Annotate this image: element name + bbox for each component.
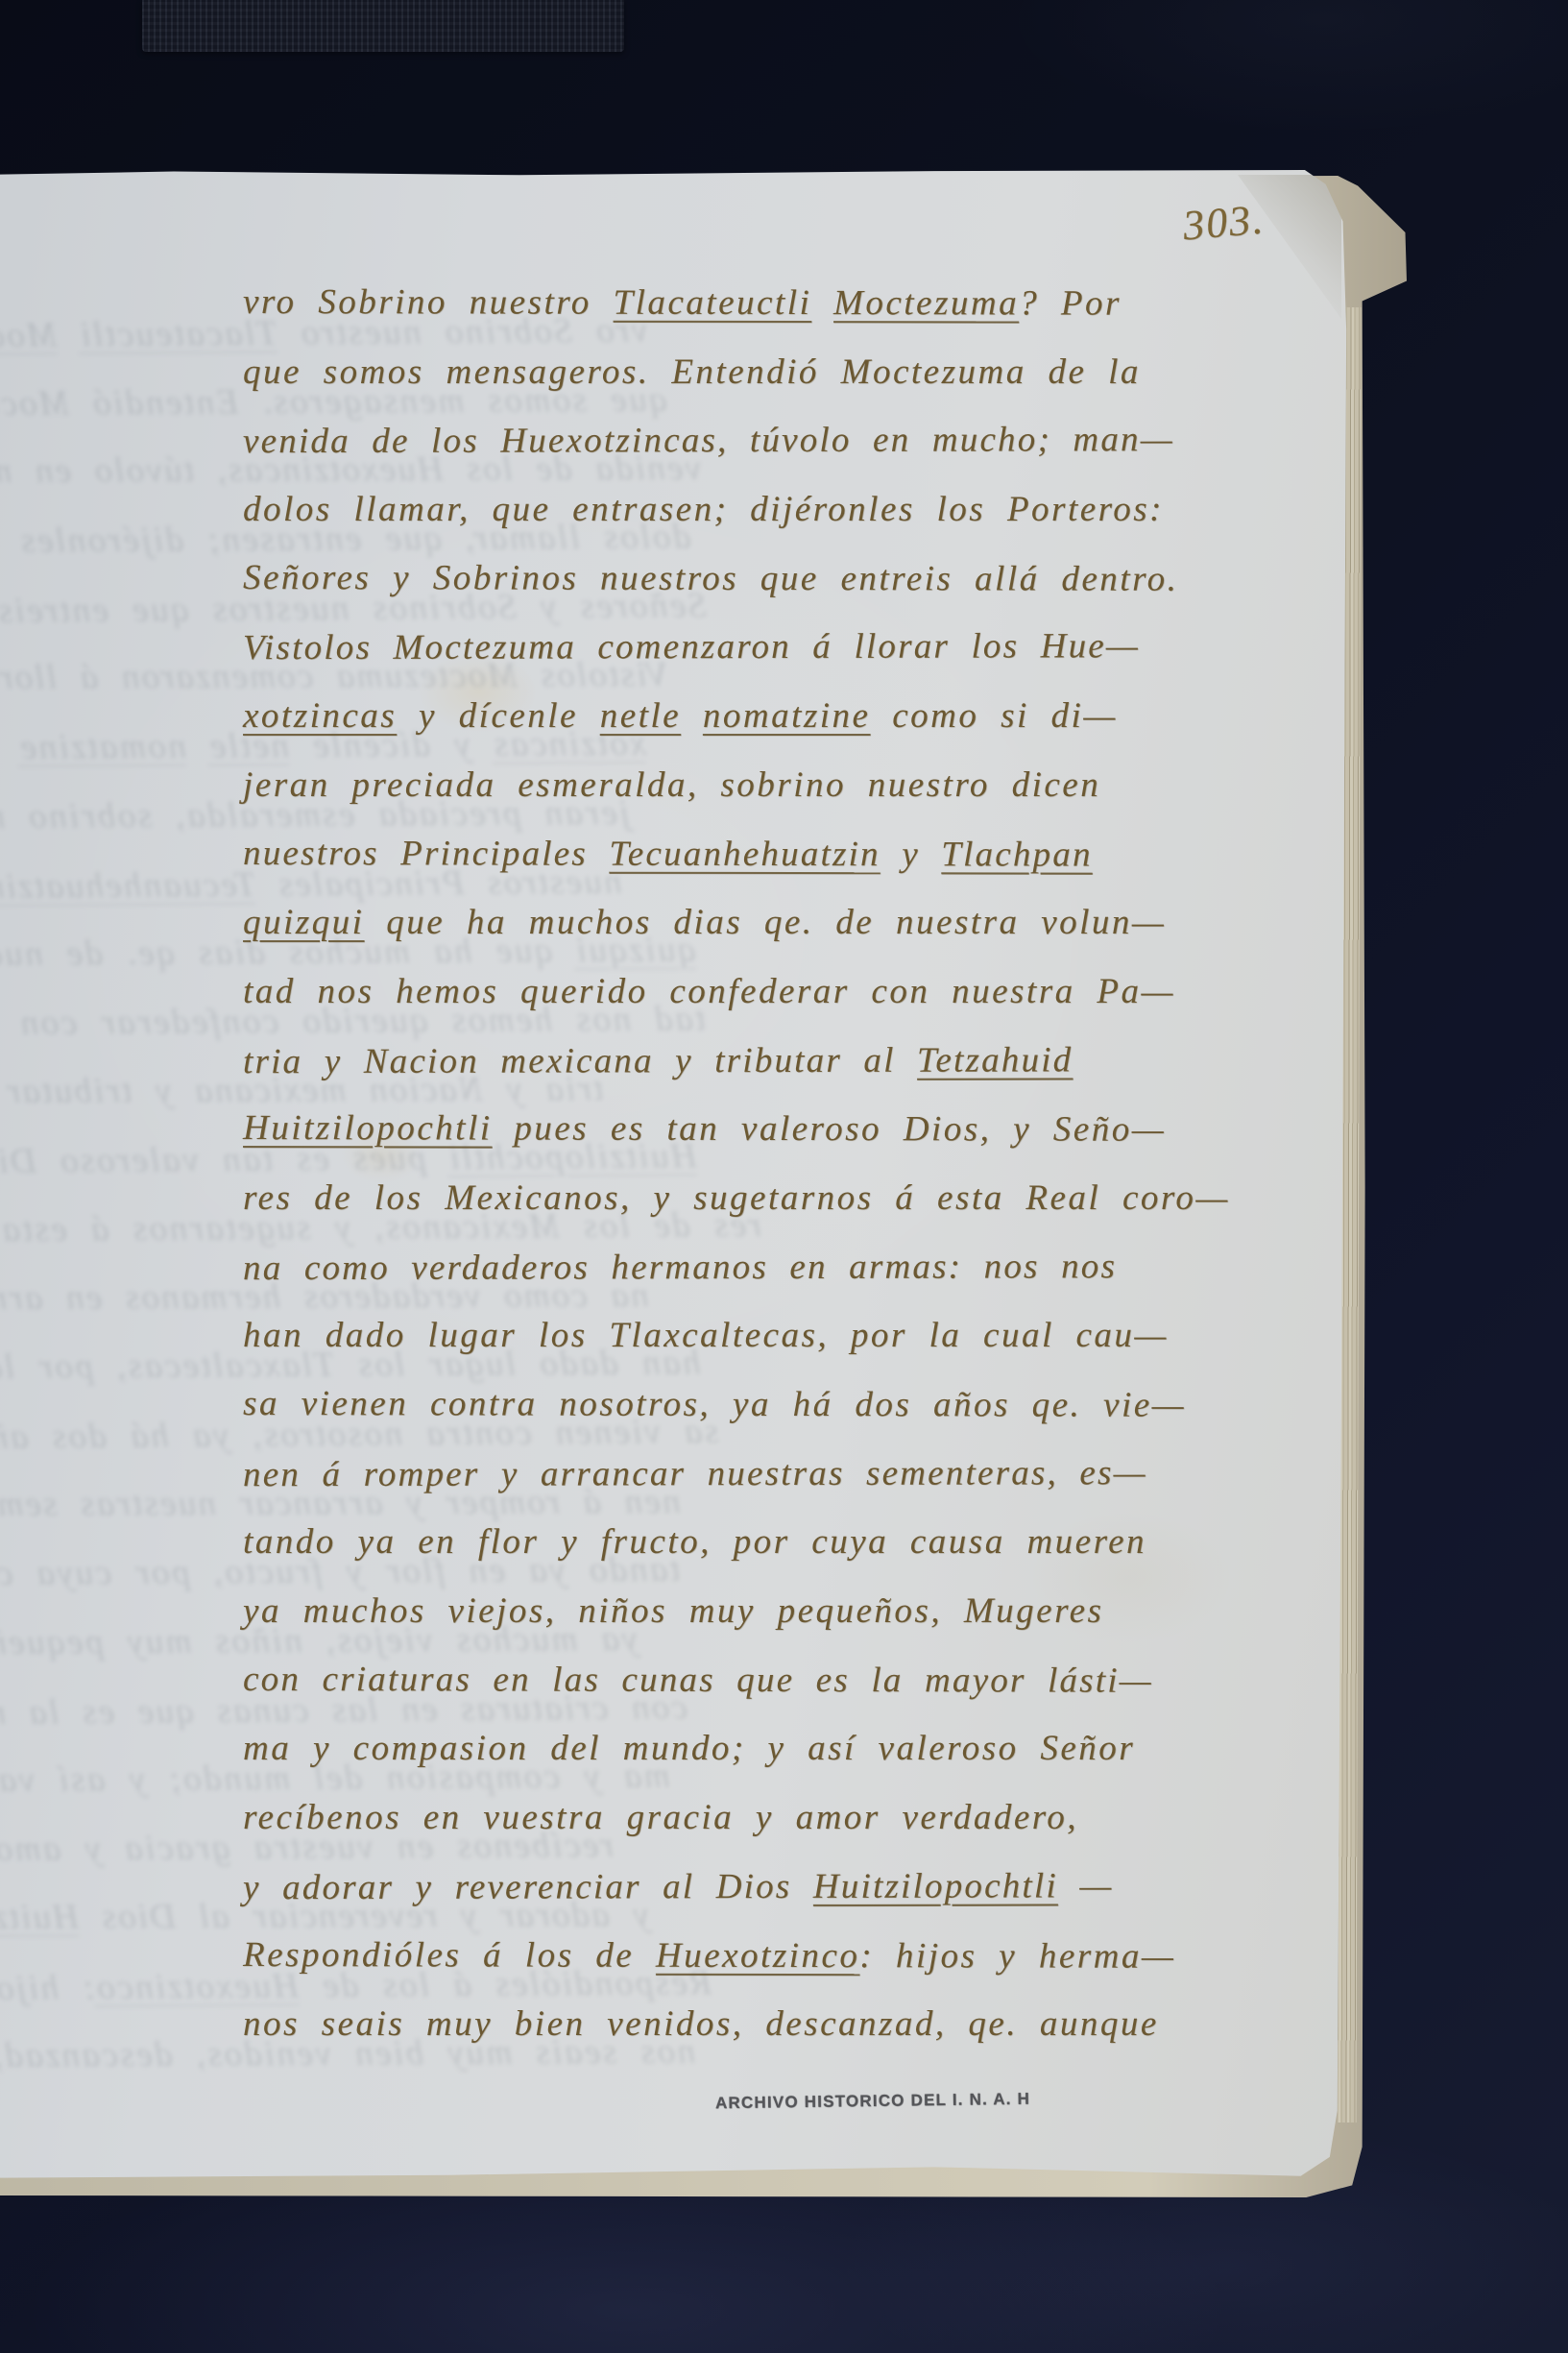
underlined-word: Huitzilopochtli — [0, 1897, 79, 1937]
manuscript-segment: Señores y Sobrinos nuestros que entreis … — [243, 558, 1178, 599]
manuscript-segment: Vistolos Moctezuma comenzaron á llorar l… — [243, 627, 1140, 668]
manuscript-segment: nuestros Principales — [243, 834, 609, 874]
manuscript-segment: vro Sobrino nuestro — [243, 282, 614, 323]
manuscript-segment: pues es tan valeroso Dios, y Seño— — [492, 1109, 1166, 1150]
page-number: 303. — [1181, 194, 1266, 250]
manuscript-line: sa vienen contra nosotros, ya há dos año… — [243, 1383, 1320, 1454]
manuscript-line: Huitzilopochtli pues es tan valeroso Dio… — [243, 1107, 1320, 1178]
manuscript-segment: — — [1058, 1866, 1114, 1905]
underlined-word: xotzincas — [243, 696, 397, 736]
underlined-word: Tecuanhehuatzin — [609, 834, 880, 873]
manuscript-line: venida de los Huexotzincas, túvolo en mu… — [243, 419, 1320, 490]
manuscript-segment: sa vienen contra nosotros, ya há dos año… — [243, 1384, 1186, 1425]
manuscript-segment: ? Por — [1019, 283, 1122, 323]
manuscript-line: con criaturas en las cunas que es la may… — [243, 1659, 1320, 1730]
manuscript-line: y adorar y reverenciar al Dios Huitzilop… — [243, 1865, 1320, 1936]
manuscript-segment: venida de los Huexotzincas, túvolo en mu… — [243, 421, 1174, 462]
underlined-word: Tecuanhehuatzin — [0, 864, 255, 906]
manuscript-segment — [681, 696, 703, 736]
underlined-word: quizqui — [243, 903, 364, 942]
manuscript-page: 303. vro Sobrino nuestro Tlacateuctli Mo… — [0, 169, 1349, 2181]
manuscript-segment: nos seais muy bien venidos, descanzad, q… — [243, 2004, 1159, 2044]
archive-stamp: ARCHIVO HISTORICO DEL I. N. A. H — [715, 2090, 1030, 2114]
underlined-word: Tlachpan — [941, 835, 1092, 874]
underlined-word: Huitzilopochtli — [243, 1108, 493, 1148]
manuscript-segment: y — [880, 835, 942, 874]
manuscript-line: dolos llamar, que entrasen; dijéronles l… — [243, 489, 1320, 558]
manuscript-line: quizqui que ha muchos dias qe. de nuestr… — [243, 902, 1320, 971]
manuscript-line: na como verdaderos hermanos en armas: no… — [243, 1245, 1320, 1316]
manuscript-segment: na como verdaderos hermanos en armas: no… — [243, 1247, 1117, 1288]
manuscript-segment: con criaturas en las cunas que es la may… — [243, 1660, 1153, 1701]
manuscript-segment: y dícenle — [397, 696, 600, 736]
manuscript-segment: y adorar y reverenciar al Dios — [243, 1867, 813, 1907]
underlined-word: Tlacateuctli — [614, 283, 812, 323]
manuscript-line: ma y compasion del mundo; y así valeroso… — [243, 1728, 1320, 1797]
manuscript-line: jeran preciada esmeralda, sobrino nuestr… — [243, 764, 1320, 834]
manuscript-segment: res de los Mexicanos, y sugetarnos á est… — [243, 1178, 1230, 1218]
manuscript-segment: tad nos hemos querido confederar con nue… — [243, 972, 1175, 1011]
manuscript-line: Vistolos Moctezuma comenzaron á llorar l… — [243, 625, 1320, 696]
manuscript-segment: nen á romper y arrancar nuestras semente… — [243, 1453, 1147, 1494]
manuscript-line: tad nos hemos querido confederar con nue… — [243, 971, 1320, 1040]
manuscript-line: vro Sobrino nuestro Tlacateuctli Moctezu… — [243, 281, 1320, 352]
manuscript-line: nen á romper y arrancar nuestras semente… — [243, 1452, 1320, 1523]
manuscript-segment — [186, 727, 208, 766]
underlined-word: Moctezuma — [833, 283, 1019, 323]
manuscript-segment: ma y compasion del mundo; y así valeroso… — [243, 1729, 1135, 1768]
underlined-word: Huitzilopochtli — [813, 1866, 1058, 1906]
underlined-word: nomatzine — [703, 696, 871, 736]
underlined-word: Huexotzinco — [656, 1935, 860, 1975]
manuscript-segment: como si di— — [0, 728, 18, 769]
manuscript-segment: tando ya en flor y fructo, por cuya caus… — [243, 1522, 1146, 1562]
underlined-word: nomatzine — [18, 727, 186, 767]
manuscript-segment: han dado lugar los Tlaxcaltecas, por la … — [243, 1316, 1169, 1355]
manuscript-segment: : hijos y herma— — [0, 1968, 95, 2010]
underlined-word: Moctezuma — [0, 315, 57, 356]
manuscript-line: recíbenos en vuestra gracia y amor verda… — [243, 1797, 1320, 1866]
manuscript-line: tando ya en flor y fructo, por cuya caus… — [243, 1521, 1320, 1590]
manuscript-segment: dolos llamar, que entrasen; dijéronles l… — [243, 490, 1164, 529]
manuscript-line: ya muchos viejos, niños muy pequeños, Mu… — [243, 1590, 1320, 1660]
manuscript-line: tria y Nacion mexicana y tributar al Tet… — [243, 1038, 1320, 1109]
manuscript-line: xotzincas y dícenle netle nomatzine como… — [243, 695, 1320, 764]
manuscript-segment: ya muchos viejos, niños muy pequeños, Mu… — [243, 1591, 1103, 1631]
manuscript-segment — [57, 315, 79, 354]
manuscript-line: nuestros Principales Tecuanhehuatzin y T… — [243, 833, 1320, 904]
manuscript-segment: tria y Nacion mexicana y tributar al — [243, 1040, 917, 1080]
underlined-word: netle — [600, 696, 681, 736]
manuscript-line: que somos mensageros. Entendió Moctezuma… — [243, 352, 1320, 421]
manuscript-line: Señores y Sobrinos nuestros que entreis … — [243, 557, 1320, 628]
manuscript-segment: como si di— — [870, 696, 1117, 736]
manuscript-line: nos seais muy bien venidos, descanzad, q… — [243, 2003, 1320, 2073]
manuscript-line: res de los Mexicanos, y sugetarnos á est… — [243, 1177, 1320, 1247]
manuscript-segment: que somos mensageros. Entendió Moctezuma… — [243, 352, 1141, 392]
archival-photo-scene: 303. vro Sobrino nuestro Tlacateuctli Mo… — [0, 0, 1568, 2353]
background-top-sheen — [960, 0, 1568, 192]
manuscript-line: han dado lugar los Tlaxcaltecas, por la … — [243, 1315, 1320, 1384]
velcro-strip — [142, 0, 624, 52]
manuscript-line: Respondióles á los de Huexotzinco: hijos… — [243, 1934, 1320, 2005]
manuscript-segment: : hijos y herma— — [859, 1936, 1175, 1977]
underlined-word: Tetzahuid — [917, 1040, 1073, 1079]
manuscript-text: vro Sobrino nuestro Tlacateuctli Moctezu… — [243, 282, 1320, 2073]
manuscript-segment: Respondióles á los de — [243, 1935, 656, 1976]
manuscript-segment — [811, 283, 833, 323]
manuscript-segment: recíbenos en vuestra gracia y amor verda… — [243, 1798, 1078, 1837]
manuscript-segment: que ha muchos dias qe. de nuestra volun— — [364, 903, 1166, 942]
manuscript-segment: jeran preciada esmeralda, sobrino nuestr… — [243, 765, 1100, 805]
